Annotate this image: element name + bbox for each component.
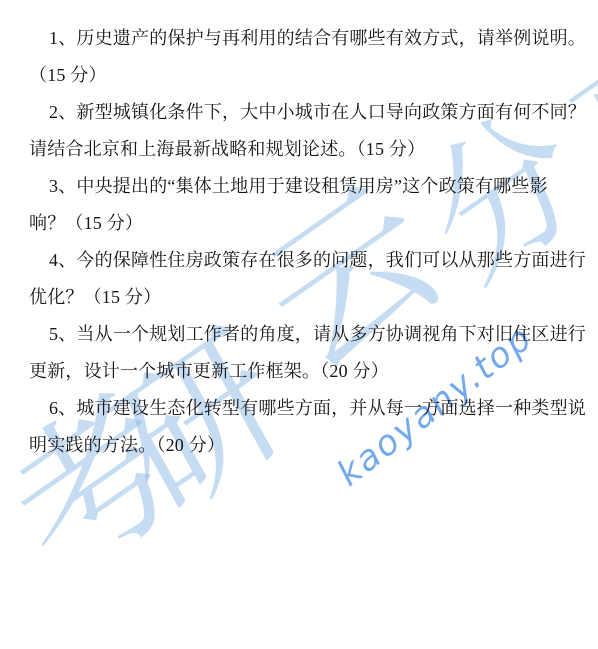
question-line: 优化？（15 分） [29,279,574,316]
question-line: 明实践的方法。（20 分） [29,427,574,464]
question-line: 响？（15 分） [29,205,574,242]
question-line: 1、历史遗产的保护与再利用的结合有哪些有效方式，请举例说明。 [29,20,574,57]
question-line: （15 分） [29,57,574,94]
question-line: 4、今的保障性住房政策存在很多的问题，我们可以从那些方面进行 [29,242,574,279]
question-line: 更新，设计一个城市更新工作框架。（20 分） [29,353,574,390]
question-line: 2、新型城镇化条件下，大中小城市在人口导向政策方面有何不同？ [29,94,574,131]
question-list: 1、历史遗产的保护与再利用的结合有哪些有效方式，请举例说明。（15 分）2、新型… [29,20,574,464]
question-line: 请结合北京和上海最新战略和规划论述。（15 分） [29,131,574,168]
question-line: 3、中央提出的“集体土地用于建设租赁用房”这个政策有哪些影 [29,168,574,205]
question-line: 5、当从一个规划工作者的角度，请从多方协调视角下对旧住区进行 [29,316,574,353]
question-line: 6、城市建设生态化转型有哪些方面，并从每一方面选择一种类型说 [29,390,574,427]
document-page: 考研云分享 kaoyany.top 1、历史遗产的保护与再利用的结合有哪些有效方… [0,0,598,649]
